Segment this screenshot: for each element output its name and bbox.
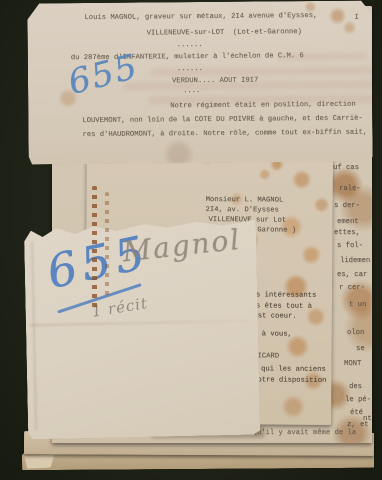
text-fragment: t un xyxy=(349,301,366,309)
text-fragment: ICARD xyxy=(257,352,279,360)
text-fragment: s qui les anciens xyxy=(252,365,325,374)
separator-dots: ...... xyxy=(177,41,203,49)
text-fragment: ettes, xyxy=(334,229,360,237)
text-fragment: été xyxy=(350,409,363,417)
address-recipient: Monsieur L. MAGNOL xyxy=(206,196,284,205)
rust-streak xyxy=(92,186,97,308)
body-line: res d'HAUDROMONT, à droite. Notre rôle, … xyxy=(82,129,367,139)
text-fragment: st coeur. xyxy=(258,312,297,320)
cover-sheet-paper: 655 Magnol 1 récit xyxy=(24,220,260,440)
body-line: LOUVEMONT, non loin de la COTE DU POIVRE… xyxy=(82,115,362,125)
text-fragment: le pé- xyxy=(345,396,371,404)
text-fragment: z, et xyxy=(347,421,369,429)
author-line: Louis MAGNOL, graveur sur métaux, 2I4 av… xyxy=(84,12,317,22)
text-fragment: à vous, xyxy=(262,330,292,338)
city-line: VILLENEUVE-sur-LOT (Lot-et-Garonne) xyxy=(147,28,302,37)
text-fragment: s fol- xyxy=(337,242,363,250)
body-line: Notre régiment était en position, direct… xyxy=(170,101,356,111)
text-fragment: s der- xyxy=(334,202,360,210)
text-fragment: se xyxy=(356,345,365,353)
text-fragment: des xyxy=(349,383,362,391)
text-fragment: otre disposition xyxy=(257,376,326,384)
text-fragment: rale- xyxy=(339,185,361,193)
top-letter-paper: I Louis MAGNOL, graveur sur métaux, 2I4 … xyxy=(27,1,372,165)
title-line: VERDUN.... AOUT I9I7 xyxy=(172,76,258,85)
rust-streak xyxy=(105,192,109,298)
text-fragment: es, car xyxy=(337,271,367,279)
text-fragment: ement xyxy=(337,218,359,226)
text-fragment: uf cas xyxy=(333,164,359,172)
scanned-document-stack: s. uf cas rale- s der- ement ettes, s fo… xyxy=(0,0,382,480)
text-fragment: olon xyxy=(347,329,364,337)
page-number: I xyxy=(354,14,358,22)
separator-dots: ...... xyxy=(177,65,203,73)
separator-dots: .... xyxy=(183,87,200,95)
address-street: 2I4, av. D'Eysses xyxy=(205,206,278,215)
text-fragment: lidemen xyxy=(340,257,370,265)
text-fragment: s êtes tout à xyxy=(256,302,312,310)
text-fragment: r cer- xyxy=(339,284,365,292)
text-fragment: MONT xyxy=(344,360,361,368)
text-fragment: s intéressants xyxy=(256,291,316,299)
paper-fold-shadow xyxy=(31,241,37,430)
paper-crease xyxy=(30,320,250,327)
